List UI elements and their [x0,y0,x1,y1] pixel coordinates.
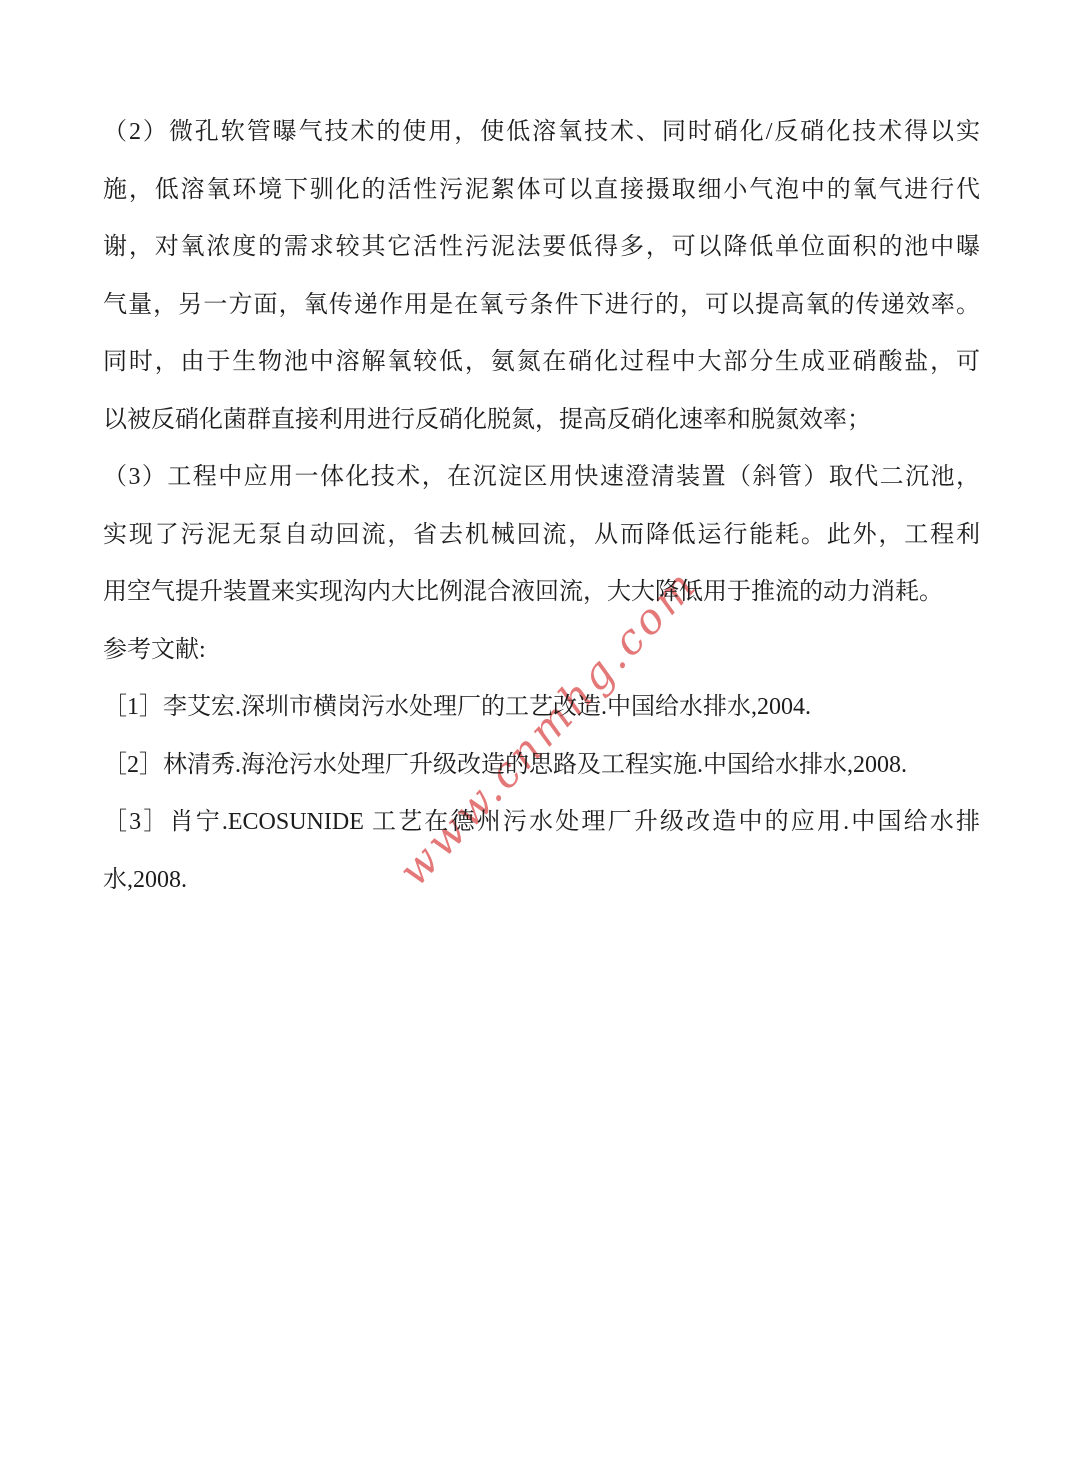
references-heading: 参考文献: [103,622,980,680]
text-line: （3）工程中应用一体化技术，在沉淀区用快速澄清装置（斜管）取代二沉池， [103,449,980,507]
document-page: www.cnmhg.com （2）微孔软管曝气技术的使用，使低溶氧技术、同时硝化… [0,0,1072,1458]
reference-item-continuation: 水,2008. [103,852,980,910]
document-body: （2）微孔软管曝气技术的使用，使低溶氧技术、同时硝化/反硝化技术得以实 施，低溶… [103,104,980,909]
text-line: 谢，对氧浓度的需求较其它活性污泥法要低得多，可以降低单位面积的池中曝 [103,219,980,277]
reference-item: ［1］李艾宏.深圳市横岗污水处理厂的工艺改造.中国给水排水,2004. [103,679,980,737]
text-line: 以被反硝化菌群直接利用进行反硝化脱氮，提高反硝化速率和脱氮效率； [103,392,980,450]
text-line: （2）微孔软管曝气技术的使用，使低溶氧技术、同时硝化/反硝化技术得以实 [103,104,980,162]
text-line: 气量，另一方面，氧传递作用是在氧亏条件下进行的，可以提高氧的传递效率。 [103,277,980,335]
text-line: 实现了污泥无泵自动回流，省去机械回流，从而降低运行能耗。此外，工程利 [103,507,980,565]
text-line: 用空气提升装置来实现沟内大比例混合液回流，大大降低用于推流的动力消耗。 [103,564,980,622]
text-line: 施，低溶氧环境下驯化的活性污泥絮体可以直接摄取细小气泡中的氧气进行代 [103,162,980,220]
text-line: 同时，由于生物池中溶解氧较低，氨氮在硝化过程中大部分生成亚硝酸盐，可 [103,334,980,392]
reference-item: ［2］林清秀.海沧污水处理厂升级改造的思路及工程实施.中国给水排水,2008. [103,737,980,795]
reference-item: ［3］肖宁.ECOSUNIDE 工艺在德州污水处理厂升级改造中的应用.中国给水排 [103,794,980,852]
